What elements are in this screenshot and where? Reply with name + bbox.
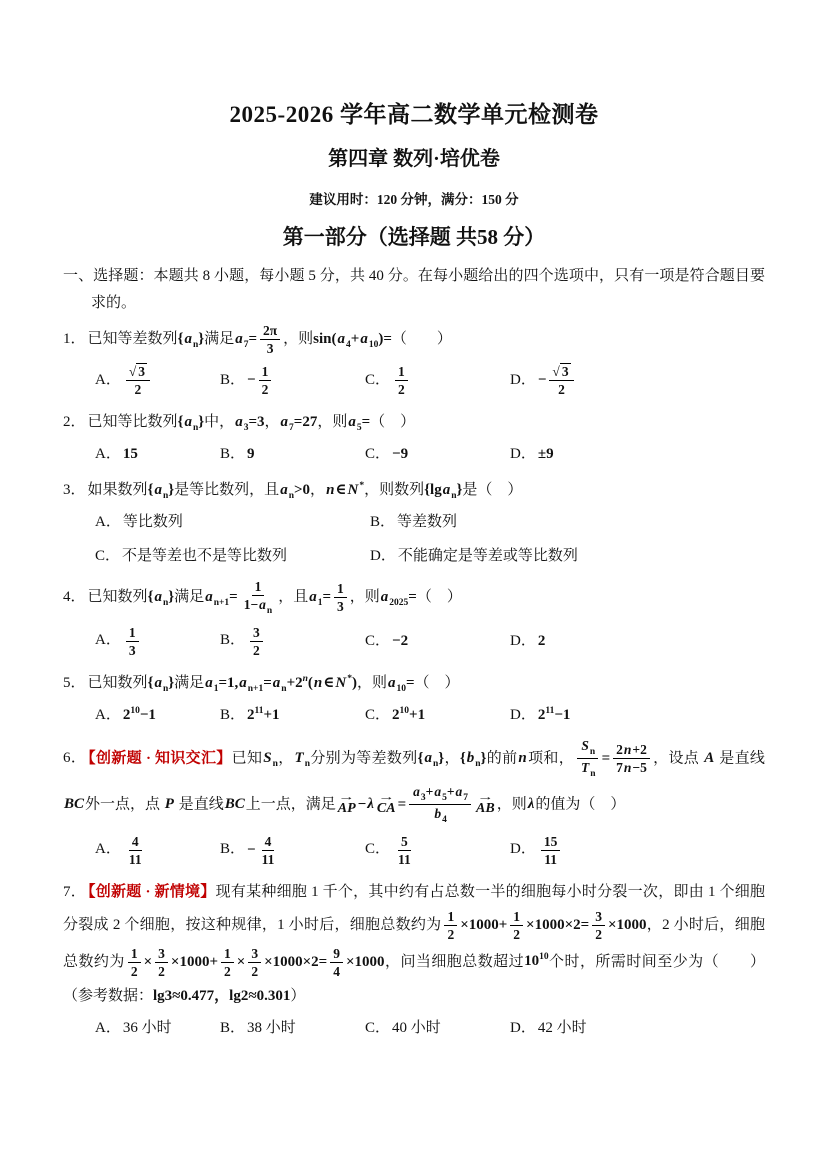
vector-arrow-icon: → bbox=[378, 793, 395, 802]
option: D．211−1 bbox=[510, 702, 765, 728]
time-score-meta: 建议用时：120 分钟，满分：150 分 bbox=[63, 188, 765, 208]
option-label: B． bbox=[220, 841, 245, 857]
options-row: A．√32B．−12C．12D．−√32 bbox=[63, 362, 765, 399]
options-row: A．等比数列B．等差数列 bbox=[63, 509, 765, 535]
option: C．−9 bbox=[365, 441, 510, 467]
options-row: A．36 小时B．38 小时C．40 小时D．42 小时 bbox=[63, 1015, 765, 1041]
option-label: A． bbox=[95, 514, 121, 530]
option: C．210+1 bbox=[365, 702, 510, 728]
chapter-subtitle: 第四章 数列·培优卷 bbox=[63, 142, 765, 171]
question-7: 7．【创新题 · 新情境】现有某种细胞 1 千个，其中约有占总数一半的细胞每小时… bbox=[63, 877, 765, 1041]
option-label: B． bbox=[220, 446, 245, 462]
option: B．211+1 bbox=[220, 702, 365, 728]
option-label: D． bbox=[510, 1020, 536, 1036]
question-stem: 1．已知等差数列{an}满足a7=2π3，则sin(a4+a10)=（ ） bbox=[63, 321, 765, 358]
option: B．9 bbox=[220, 441, 365, 467]
option: A．36 小时 bbox=[95, 1015, 220, 1041]
option-label: A． bbox=[95, 841, 121, 857]
question-5: 5．已知数列{an}满足a1=1,an+1=an+2n(n∈N*)，则a10=（… bbox=[63, 668, 765, 728]
option-label: D． bbox=[370, 548, 396, 564]
option-label: C． bbox=[365, 372, 390, 388]
question-number: 7． bbox=[63, 884, 86, 900]
option-label: D． bbox=[510, 633, 536, 649]
option-label: A． bbox=[95, 707, 121, 723]
option: C．−2 bbox=[365, 628, 510, 654]
question-number: 3． bbox=[63, 482, 86, 498]
option-label: B． bbox=[220, 707, 245, 723]
question-number: 1． bbox=[63, 331, 86, 347]
option-label: B． bbox=[220, 632, 245, 648]
option: C．12 bbox=[365, 362, 510, 399]
option: A．15 bbox=[95, 441, 220, 467]
option: B．−411 bbox=[220, 832, 365, 869]
option: D．2 bbox=[510, 628, 765, 654]
option: C．40 小时 bbox=[365, 1015, 510, 1041]
option-label: A． bbox=[95, 632, 121, 648]
question-stem: 7．【创新题 · 新情境】现有某种细胞 1 千个，其中约有占总数一半的细胞每小时… bbox=[63, 877, 765, 1011]
option: C．不是等差也不是等比数列 bbox=[95, 543, 370, 569]
questions: 1．已知等差数列{an}满足a7=2π3，则sin(a4+a10)=（ ）A．√… bbox=[63, 321, 765, 1041]
question-2: 2．已知等比数列{an}中，a3=3，a7=27，则a5=（ ）A．15B．9C… bbox=[63, 407, 765, 467]
question-number: 2． bbox=[63, 414, 86, 430]
question-stem: 3．如果数列{an}是等比数列，且an>0，n∈N*，则数列{lgan}是（ ） bbox=[63, 475, 765, 505]
option-label: D． bbox=[510, 372, 536, 388]
question-tag: 【创新题 · 知识交汇】 bbox=[88, 750, 231, 766]
option: A．411 bbox=[95, 832, 220, 869]
option-label: C． bbox=[365, 841, 390, 857]
options-row: A．411B．−411C．511D．1511 bbox=[63, 832, 765, 869]
question-stem: 2．已知等比数列{an}中，a3=3，a7=27，则a5=（ ） bbox=[63, 407, 765, 437]
option: D．±9 bbox=[510, 441, 765, 467]
page-title: 2025-2026 学年高二数学单元检测卷 bbox=[63, 96, 765, 129]
option-label: A． bbox=[95, 1020, 121, 1036]
option-label: D． bbox=[510, 707, 536, 723]
option: B．32 bbox=[220, 623, 365, 660]
question-number: 4． bbox=[63, 589, 86, 605]
exam-header: 2025-2026 学年高二数学单元检测卷 第四章 数列·培优卷 建议用时：12… bbox=[63, 96, 765, 251]
option: A．210−1 bbox=[95, 702, 220, 728]
options-row: C．不是等差也不是等比数列D．不能确定是等差或等比数列 bbox=[63, 543, 765, 569]
option-label: C． bbox=[365, 707, 390, 723]
section-instructions: 一、选择题：本题共 8 小题，每小题 5 分，共 40 分。在每小题给出的四个选… bbox=[63, 263, 765, 317]
question-stem: 5．已知数列{an}满足a1=1,an+1=an+2n(n∈N*)，则a10=（… bbox=[63, 668, 765, 698]
option: A．13 bbox=[95, 623, 220, 660]
option: C．511 bbox=[365, 832, 510, 869]
option: D．不能确定是等差或等比数列 bbox=[370, 543, 765, 569]
option-label: B． bbox=[370, 514, 395, 530]
question-stem: 4．已知数列{an}满足an+1=11−an，且a1=13，则a2025=（ ） bbox=[63, 577, 765, 619]
option-label: C． bbox=[95, 548, 120, 564]
options-row: A．13B．32C．−2D．2 bbox=[63, 623, 765, 660]
part-title: 第一部分（选择题 共58 分） bbox=[63, 221, 765, 251]
option: D．42 小时 bbox=[510, 1015, 765, 1041]
options-row: A．210−1B．211+1C．210+1D．211−1 bbox=[63, 702, 765, 728]
question-6: 6．【创新题 · 知识交汇】已知Sn，Tn分别为等差数列{an}，{bn}的前n… bbox=[63, 736, 765, 869]
question-1: 1．已知等差数列{an}满足a7=2π3，则sin(a4+a10)=（ ）A．√… bbox=[63, 321, 765, 399]
option-label: A． bbox=[95, 372, 121, 388]
option: A．等比数列 bbox=[95, 509, 370, 535]
option-label: C． bbox=[365, 1020, 390, 1036]
option-label: C． bbox=[365, 633, 390, 649]
question-number: 5． bbox=[63, 675, 86, 691]
options-row: A．15B．9C．−9D．±9 bbox=[63, 441, 765, 467]
option-label: D． bbox=[510, 841, 536, 857]
option: D．−√32 bbox=[510, 362, 765, 399]
option-label: B． bbox=[220, 372, 245, 388]
option-label: B． bbox=[220, 1020, 245, 1036]
question-4: 4．已知数列{an}满足an+1=11−an，且a1=13，则a2025=（ ）… bbox=[63, 577, 765, 660]
option-label: D． bbox=[510, 446, 536, 462]
question-number: 6． bbox=[63, 750, 86, 766]
option: D．1511 bbox=[510, 832, 765, 869]
option-label: A． bbox=[95, 446, 121, 462]
option: A．√32 bbox=[95, 362, 220, 399]
option: B．38 小时 bbox=[220, 1015, 365, 1041]
vector-arrow-icon: → bbox=[477, 793, 494, 802]
question-3: 3．如果数列{an}是等比数列，且an>0，n∈N*，则数列{lgan}是（ ）… bbox=[63, 475, 765, 569]
question-tag: 【创新题 · 新情境】 bbox=[88, 884, 216, 900]
exam-page: 2025-2026 学年高二数学单元检测卷 第四章 数列·培优卷 建议用时：12… bbox=[0, 0, 827, 1169]
vector-arrow-icon: → bbox=[338, 793, 355, 802]
option: B．等差数列 bbox=[370, 509, 765, 535]
option: B．−12 bbox=[220, 362, 365, 399]
question-stem: 6．【创新题 · 知识交汇】已知Sn，Tn分别为等差数列{an}，{bn}的前n… bbox=[63, 736, 765, 828]
option-label: C． bbox=[365, 446, 390, 462]
